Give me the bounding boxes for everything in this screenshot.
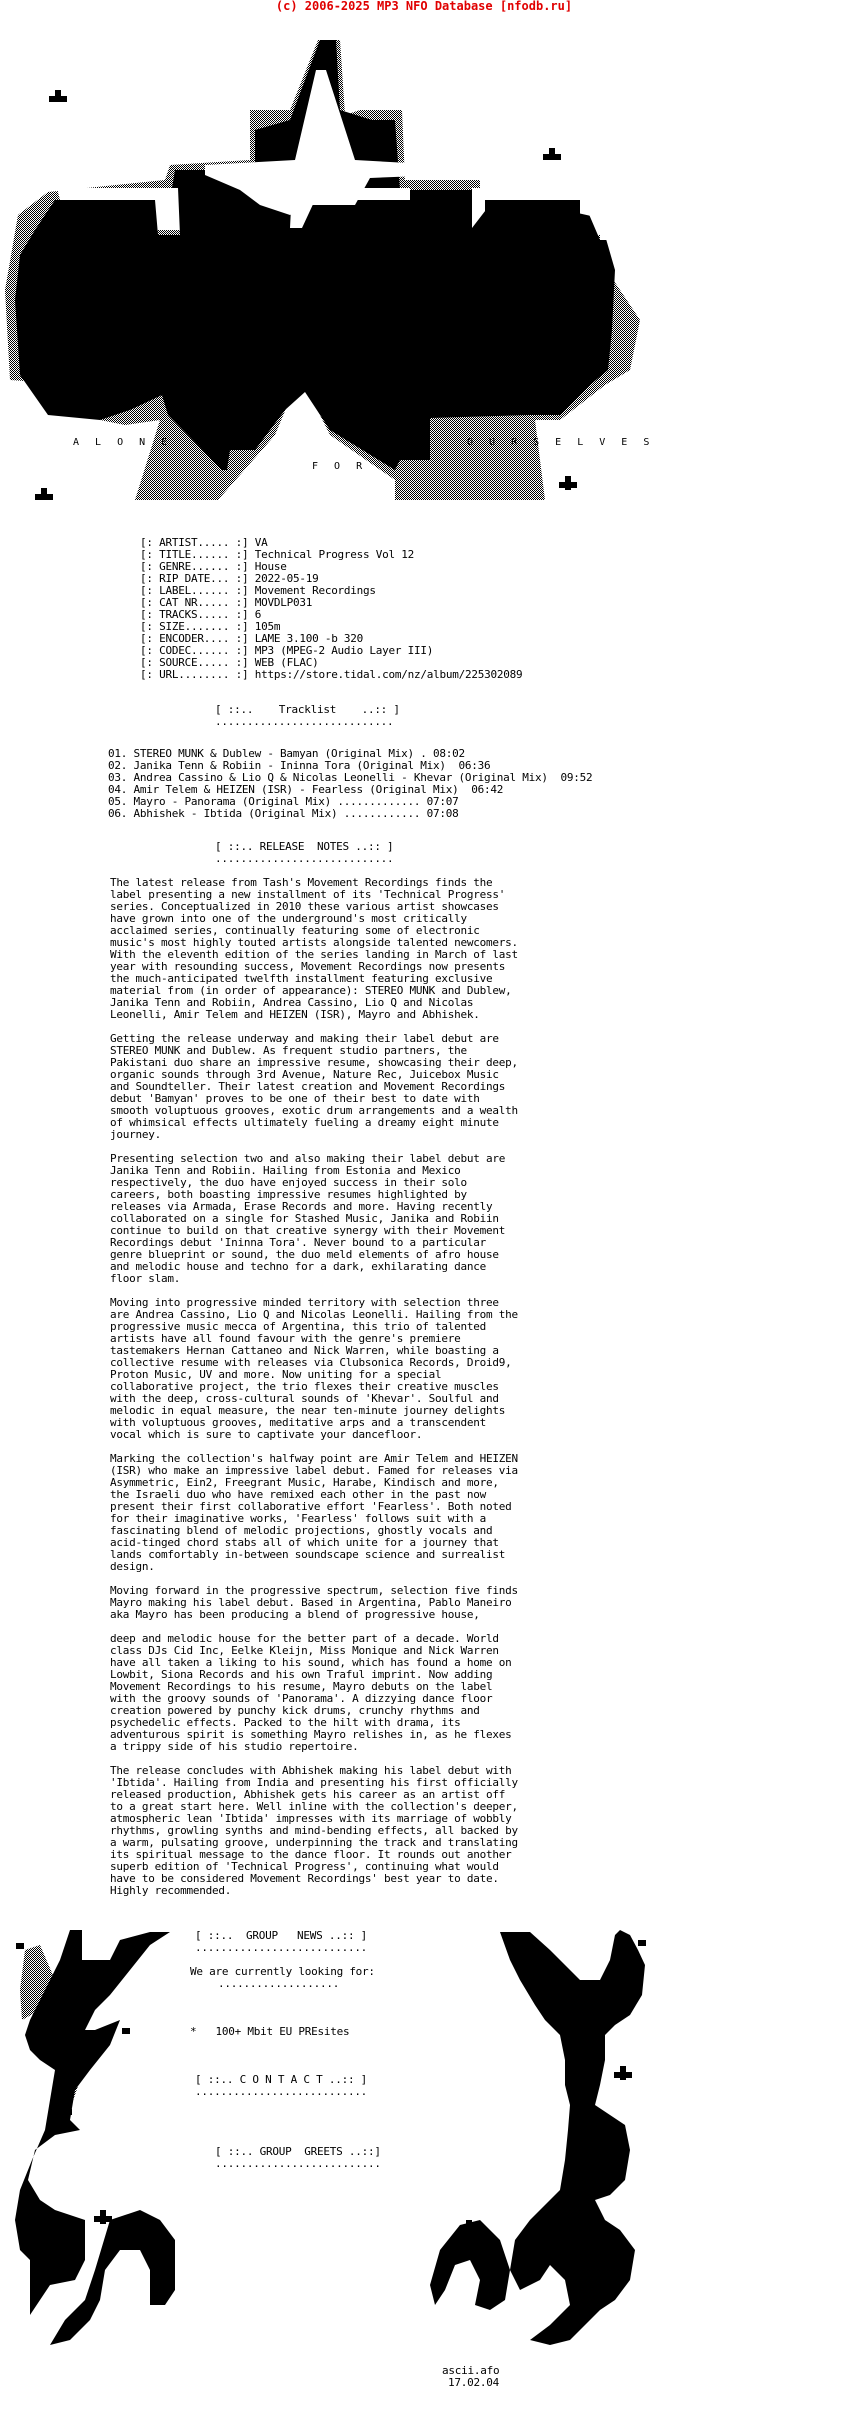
tracklist-rule: ............................	[215, 715, 393, 728]
info-row: [: URL........ :] https://store.tidal.co…	[140, 668, 522, 681]
afo-star-logo: A L O N E F O R O U R S E L V E S	[0, 40, 848, 500]
ornament-art-right	[420, 1920, 720, 2350]
tracklist-heading: [ ::.. Tracklist ..:: ] ................…	[215, 704, 400, 728]
ascii-date: 17.02.04	[442, 2376, 499, 2389]
release-notes-paragraph: The latest release from Tash's Movement …	[110, 876, 518, 1021]
info-key: [: URL........ :]	[140, 668, 255, 681]
release-notes-heading: [ ::.. RELEASE NOTES ..:: ] ............…	[215, 841, 393, 865]
group-news-rule: ...........................	[190, 1941, 367, 1954]
greets-rule: ..........................	[215, 2157, 381, 2170]
release-notes-rule: ............................	[215, 852, 393, 865]
release-notes-paragraph: Getting the release underway and making …	[110, 1032, 518, 1141]
release-notes-paragraph: The release concludes with Abhishek maki…	[110, 1764, 518, 1897]
release-notes-paragraph: Presenting selection two and also making…	[110, 1152, 505, 1285]
tagline-right: O U R S E L V E S	[467, 437, 654, 448]
release-notes-body: The latest release from Tash's Movement …	[110, 877, 518, 1897]
release-notes-paragraph: Moving forward in the progressive spectr…	[110, 1584, 518, 1621]
tracklist: 01. STEREO MUNK & Dublew - Bamyan (Origi…	[108, 748, 592, 820]
site-copyright-header: (c) 2006-2025 MP3 NFO Database [nfodb.ru…	[0, 0, 848, 13]
info-value: https://store.tidal.com/nz/album/2253020…	[255, 668, 523, 681]
group-news-section: [ ::.. GROUP NEWS ..:: ] ...............…	[190, 1930, 375, 2098]
ascii-signature: ascii.afo 17.02.04	[442, 2365, 499, 2389]
release-notes-paragraph: Marking the collection's halfway point a…	[110, 1452, 518, 1573]
release-info-block: [: ARTIST..... :] VA [: TITLE...... :] T…	[140, 537, 522, 681]
contact-rule: ...........................	[190, 2085, 367, 2098]
tagline-left: A L O N E	[73, 437, 172, 448]
release-notes-paragraph: deep and melodic house for the better pa…	[110, 1632, 511, 1753]
tagline-center: F O R	[312, 461, 367, 472]
info-value: MOVDLP031	[255, 596, 312, 609]
looking-for-rule: ...................	[190, 1977, 339, 1990]
release-notes-paragraph: Moving into progressive minded territory…	[110, 1296, 518, 1441]
group-greets-section: [ ::.. GROUP GREETS ..::] ..............…	[215, 2146, 381, 2170]
track-row: 06. Abhishek - Ibtida (Original Mix) ...…	[108, 807, 459, 820]
news-item-presites: * 100+ Mbit EU PREsites	[190, 2025, 349, 2038]
